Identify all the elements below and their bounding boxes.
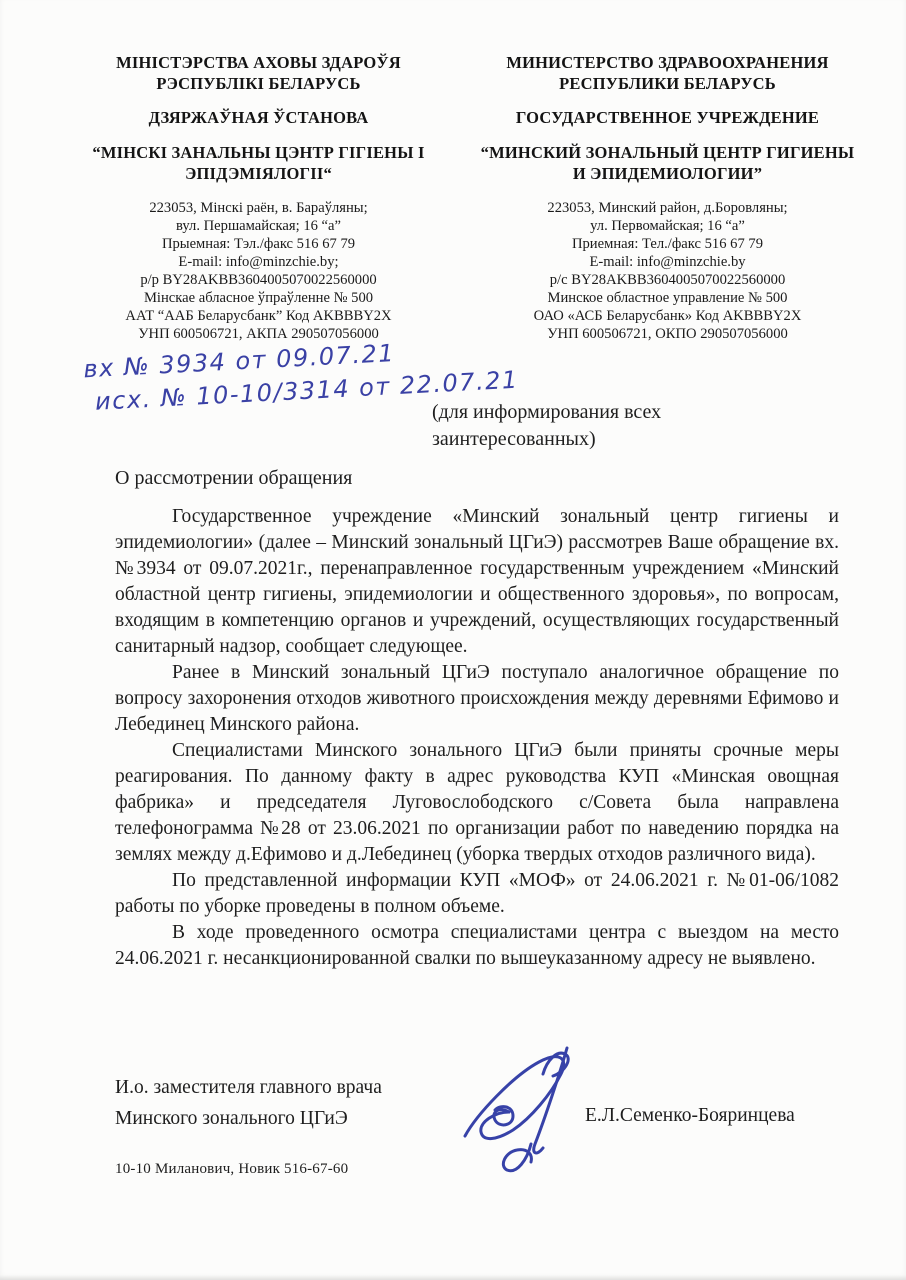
address-line: E-mail: info@minzchie.by; (68, 253, 449, 271)
ministry-name-ru: МИНИСТЕРСТВО ЗДРАВООХРАНЕНИЯ РЕСПУБЛИКИ … (477, 52, 858, 94)
address-line: E-mail: info@minzchie.by (477, 253, 858, 271)
signer-position-line: И.о. заместителя главного врача (115, 1072, 382, 1103)
address-line: Мінскае абласное ўпраўленне № 500 (68, 289, 449, 307)
address-line: 223053, Мінскі раён, в. Бараўляны; (68, 199, 449, 217)
signer-position: И.о. заместителя главного врача Минского… (115, 1072, 382, 1134)
address-line: Прыемная: Тэл./факс 516 67 79 (68, 235, 449, 253)
address-line: ОАО «АСБ Беларусбанк» Код AKBBBY2X (477, 307, 858, 325)
ministry-name-by: МІНІСТЭРСТВА АХОВЫ ЗДАРОЎЯ РЭСПУБЛІКІ БЕ… (68, 52, 449, 94)
letter-body: Государственное учреждение «Минский зона… (115, 504, 839, 972)
body-paragraph: Ранее в Минский зональный ЦГиЭ поступало… (115, 660, 839, 738)
address-line: р/с BY28AKBB3604005070022560000 (477, 271, 858, 289)
address-line: Минское областное управление № 500 (477, 289, 858, 307)
org-type-by: ДЗЯРЖАЎНАЯ ЎСТАНОВА (68, 107, 449, 128)
address-line: ААТ “ААБ Беларусбанк” Код AKBBBY2X (68, 307, 449, 325)
address-line: УНП 600506721, ОКПО 290507056000 (477, 325, 858, 343)
org-name-by: “МІНСКІ ЗАНАЛЬНЫ ЦЭНТР ГІГІЕНЫ І ЭПІДЭМІ… (68, 142, 449, 184)
signer-name: Е.Л.Семенко-Бояринцева (585, 1105, 795, 1127)
org-name-ru: “МИНСКИЙ ЗОНАЛЬНЫЙ ЦЕНТР ГИГИЕНЫ И ЭПИДЕ… (477, 142, 858, 184)
address-block-by: 223053, Мінскі раён, в. Бараўляны; вул. … (68, 199, 449, 343)
org-type-ru: ГОСУДАРСТВЕННОЕ УЧРЕЖДЕНИЕ (477, 107, 858, 128)
executor-reference-text: 10-10 Миланович, Новик 516-67-60 (115, 1161, 348, 1177)
letterhead: МІНІСТЭРСТВА АХОВЫ ЗДАРОЎЯ РЭСПУБЛІКІ БЕ… (68, 52, 858, 343)
body-paragraph: Специалистами Минского зонального ЦГиЭ б… (115, 738, 839, 868)
address-line: 223053, Минский район, д.Боровляны; (477, 199, 858, 217)
address-line: р/р BY28AKBB3604005070022560000 (68, 271, 449, 289)
body-paragraph: Государственное учреждение «Минский зона… (115, 504, 839, 660)
subject-line: О рассмотрении обращения (115, 467, 352, 490)
address-block-ru: 223053, Минский район, д.Боровляны; ул. … (477, 199, 858, 343)
recipient-note: (для информирования всех заинтересованны… (432, 399, 804, 453)
address-line: Приемная: Тел./факс 516 67 79 (477, 235, 858, 253)
body-paragraph: По представленной информации КУП «МОФ» о… (115, 868, 839, 920)
executor-reference: 10-10 Миланович, Новик 516-67-60 (115, 1161, 348, 1178)
scanned-letter-page: МІНІСТЭРСТВА АХОВЫ ЗДАРОЎЯ РЭСПУБЛІКІ БЕ… (0, 0, 906, 1280)
address-line: вул. Першамайская; 16 “а” (68, 217, 449, 235)
letterhead-belarusian: МІНІСТЭРСТВА АХОВЫ ЗДАРОЎЯ РЭСПУБЛІКІ БЕ… (68, 52, 449, 343)
signer-position-line: Минского зонального ЦГиЭ (115, 1103, 382, 1134)
signature-scribble-icon (447, 1032, 597, 1182)
letterhead-russian: МИНИСТЕРСТВО ЗДРАВООХРАНЕНИЯ РЕСПУБЛИКИ … (477, 52, 858, 343)
address-line: ул. Первомайская; 16 “а” (477, 217, 858, 235)
body-paragraph: В ходе проведенного осмотра специалистам… (115, 920, 839, 972)
